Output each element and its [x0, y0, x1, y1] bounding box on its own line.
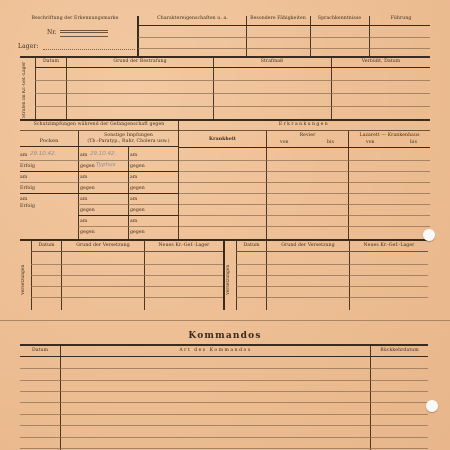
rule: [179, 160, 430, 161]
other-against-1: Typhus: [96, 162, 115, 168]
rule: [31, 275, 223, 276]
label-against: gegen: [130, 164, 145, 169]
col-new-camp: Neues Kr.-Gef.-Lager: [145, 243, 223, 248]
rule: [179, 171, 430, 172]
rule: [78, 226, 178, 227]
divider: [137, 16, 139, 56]
rule: [20, 437, 428, 438]
rule: [236, 251, 428, 252]
id-tag-label: Beschriftung der Erkennungsmarke: [20, 16, 130, 21]
smallpox-date-1: 29.10.42.: [30, 151, 56, 157]
rule: [31, 286, 223, 287]
infirmary-from: von: [280, 140, 289, 145]
label-against: gegen: [130, 208, 145, 213]
label-on: am: [130, 219, 137, 224]
rule: [20, 160, 178, 161]
divider: [60, 346, 61, 450]
label-against: gegen: [80, 208, 95, 213]
punch-hole: [426, 400, 438, 412]
col-transfer-reason: Grund der Versetzung: [267, 243, 349, 248]
illnesses-title: Erkrankungen: [179, 122, 429, 127]
col-languages: Sprachkenntnisse: [312, 16, 367, 21]
camp-label: Lager:: [18, 43, 38, 50]
divider: [369, 16, 370, 56]
commandos-title: Kommandos: [0, 331, 450, 341]
rule: [236, 275, 428, 276]
col-other-vaccines-note: (Tb.-Paratyp., Ruhr, Cholera usw.): [79, 139, 178, 144]
rule: [31, 251, 223, 252]
rule: [138, 48, 430, 49]
rule: [179, 193, 430, 194]
label-on: am: [20, 197, 27, 202]
rule: [236, 264, 428, 265]
col-reason: Grund der Bestrafung: [67, 59, 213, 64]
label-against: gegen: [130, 230, 145, 235]
rule: [179, 130, 430, 131]
col-date: Datum: [20, 348, 60, 353]
rule: [20, 402, 428, 403]
label-on: am: [80, 153, 87, 158]
label-against: gegen: [80, 164, 95, 169]
rule: [20, 380, 428, 381]
label-against: gegen: [80, 186, 95, 191]
rule: [35, 80, 430, 81]
rule: [20, 356, 428, 357]
col-date: Datum: [237, 243, 266, 248]
col-hospital: Lazarett — Krankenhaus: [349, 133, 430, 138]
label-on: am: [130, 175, 137, 180]
rule: [20, 448, 428, 449]
rule: [20, 425, 428, 426]
rule: [179, 204, 430, 205]
rule: [20, 130, 178, 131]
fold-line: [0, 320, 450, 321]
transfers-side-label-left: Versetzungen: [21, 250, 26, 310]
col-infirmary: Revier: [267, 133, 348, 138]
label-against: gegen: [80, 230, 95, 235]
other-date-1: 29.10.42.: [90, 151, 116, 157]
rule: [20, 56, 430, 58]
rule: [179, 215, 430, 216]
label-on: am: [80, 175, 87, 180]
punch-hole: [423, 229, 435, 241]
col-served: Verbüßt, Datum: [332, 59, 430, 64]
col-return-date: Rückkehrdatum: [371, 348, 428, 353]
nr-label: Nr.: [47, 29, 57, 36]
vaccinations-title: Schutzimpfungen während der Gefangenscha…: [20, 122, 178, 127]
rule: [20, 391, 428, 392]
rule: [20, 414, 428, 415]
col-conduct: Führung: [371, 16, 431, 21]
label-on: am: [80, 197, 87, 202]
col-date: Datum: [32, 243, 61, 248]
rule: [31, 264, 223, 265]
divider: [223, 240, 225, 310]
rule: [78, 215, 178, 216]
rule: [20, 344, 428, 346]
hospital-from: von: [366, 140, 375, 145]
rule: [236, 297, 428, 298]
divider: [78, 131, 79, 239]
col-character: Charaktereigenschaften u. a.: [140, 16, 245, 21]
rule: [35, 106, 430, 107]
nr-field[interactable]: [60, 30, 108, 37]
rule: [179, 182, 430, 183]
col-commando-type: Art des Kommandos: [61, 348, 370, 353]
camp-field[interactable]: [43, 49, 135, 50]
rule: [20, 368, 428, 369]
label-result: Erfolg: [20, 186, 35, 191]
rule: [138, 37, 430, 38]
rule: [179, 147, 430, 148]
col-smallpox: Pocken: [20, 138, 78, 144]
label-result: Erfolg: [20, 204, 35, 209]
col-date: Datum: [36, 59, 66, 64]
col-sentence: Strafmaß: [214, 59, 330, 64]
label-on: am: [130, 197, 137, 202]
rule: [35, 67, 430, 68]
rule: [20, 171, 178, 172]
rule: [31, 297, 223, 298]
rule: [35, 93, 430, 94]
rule: [20, 239, 430, 241]
rule: [179, 226, 430, 227]
col-illness: Krankheit: [179, 137, 266, 142]
rule: [20, 119, 430, 121]
transfers-side-label-right: Versetzungen: [226, 250, 231, 310]
rule: [20, 193, 178, 194]
infirmary-to: bis: [327, 140, 334, 145]
rule: [236, 286, 428, 287]
col-transfer-reason: Grund der Versetzung: [62, 243, 144, 248]
rule: [138, 25, 430, 26]
label-against: gegen: [130, 186, 145, 191]
col-abilities: Besondere Fähigkeiten: [248, 16, 308, 21]
divider: [246, 16, 247, 56]
divider: [370, 346, 371, 450]
col-new-camp: Neues Kr.-Gef.-Lager: [350, 243, 428, 248]
label-result: Erfolg: [20, 164, 35, 169]
rule: [78, 204, 178, 205]
label-on: am: [20, 153, 27, 158]
label-on: am: [80, 219, 87, 224]
rule: [20, 146, 178, 147]
divider: [310, 16, 311, 56]
punishments-side-label: Strafen im Kr.-Gef.-Lager: [22, 62, 27, 118]
label-on: am: [130, 153, 137, 158]
rule: [20, 182, 178, 183]
col-other-vaccines: Sonstige Impfungen: [79, 133, 178, 138]
label-on: am: [20, 175, 27, 180]
hospital-to: bis: [410, 140, 417, 145]
